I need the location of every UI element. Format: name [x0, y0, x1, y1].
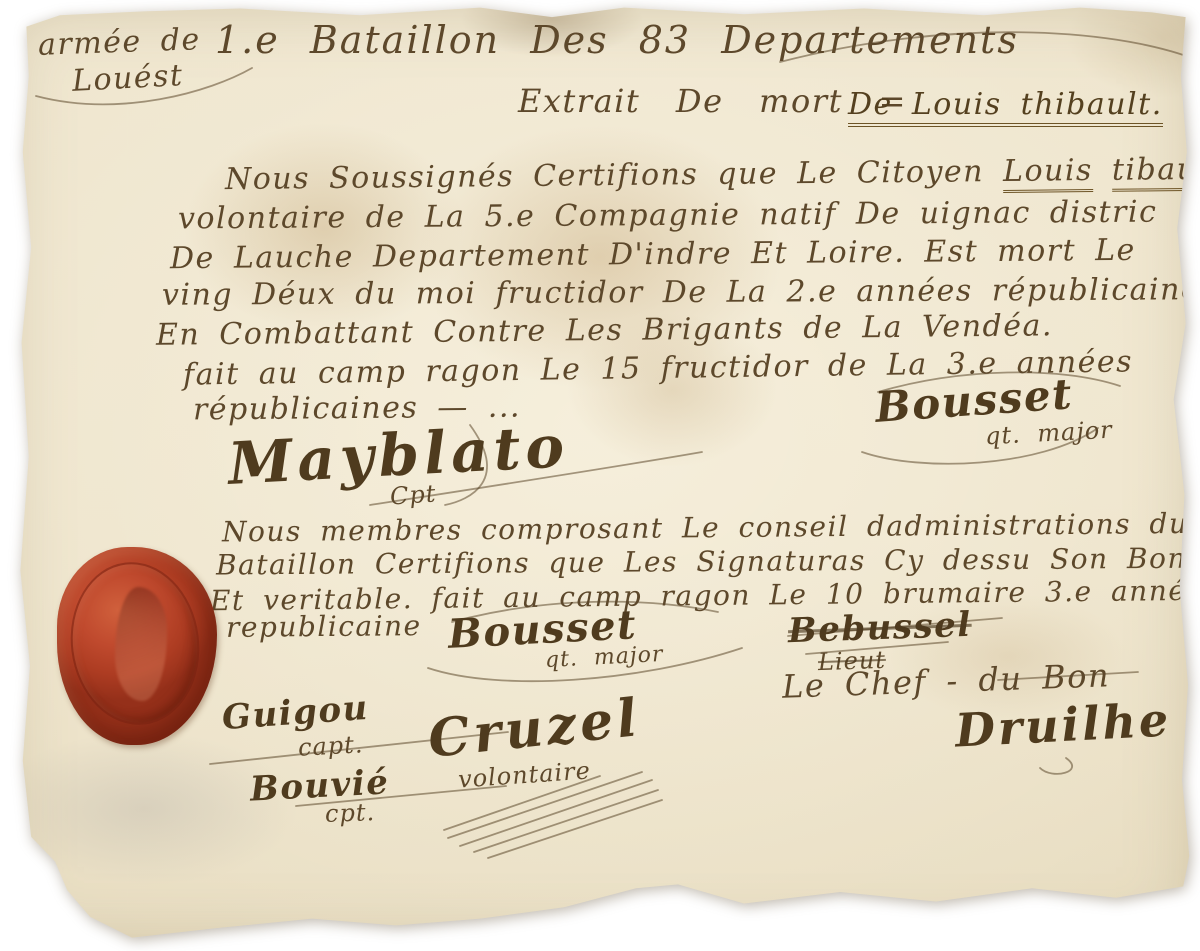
red-wax-seal	[57, 547, 217, 745]
army-label-line2: Louést	[71, 59, 184, 98]
manuscript-paper: armée de Louést 1.e Bataillon Des 83 Dep…	[0, 0, 1200, 951]
signature-bousset-1-rank: qt. major	[984, 417, 1113, 450]
document-photo: armée de Louést 1.e Bataillon Des 83 Dep…	[0, 0, 1200, 951]
council-line-4: republicaine	[226, 611, 422, 644]
deceased-name: De Louis thibault.	[848, 88, 1163, 127]
cruzel-stroke5	[488, 800, 662, 858]
signature-bouvie-rank: cpt.	[325, 799, 376, 827]
deceased-first-name: Louis	[1003, 153, 1093, 193]
certificate-line-3: De Lauche Departement D'indre Et Loire. …	[170, 234, 1136, 275]
pen-flourishes	[0, 0, 1200, 951]
certificate-line-4: ving Déux du moi fructidor De La 2.e ann…	[162, 273, 1200, 311]
battalion-title: 1.e Bataillon Des 83 Departements	[215, 20, 1019, 62]
signature-mayblato-rank: Cpt	[389, 480, 437, 510]
signature-bousset-2-rank: qt. major	[544, 643, 664, 673]
signature-cruzel: Cruzel	[426, 689, 644, 768]
signature-guigou-rank: capt.	[297, 731, 364, 761]
certificate-line-2: volontaire de La 5.e Compagnie natif De …	[178, 196, 1158, 236]
cruzel-stroke4	[474, 790, 658, 852]
signature-druilhe: Druilhe	[954, 694, 1173, 756]
certificate-line-1-text: Nous Soussignés Certifions que Le Citoye…	[225, 154, 984, 197]
certificate-line-1: Nous Soussignés Certifions que Le Citoye…	[225, 153, 1198, 196]
deceased-last-name: tibau	[1112, 152, 1198, 192]
army-label-line1: armée de	[37, 23, 201, 62]
certificate-line-5: En Combattant Contre Les Brigants de La …	[156, 309, 1053, 351]
signature-bebussel: Bebussel	[787, 607, 972, 651]
druilhe-tail	[1040, 758, 1072, 774]
